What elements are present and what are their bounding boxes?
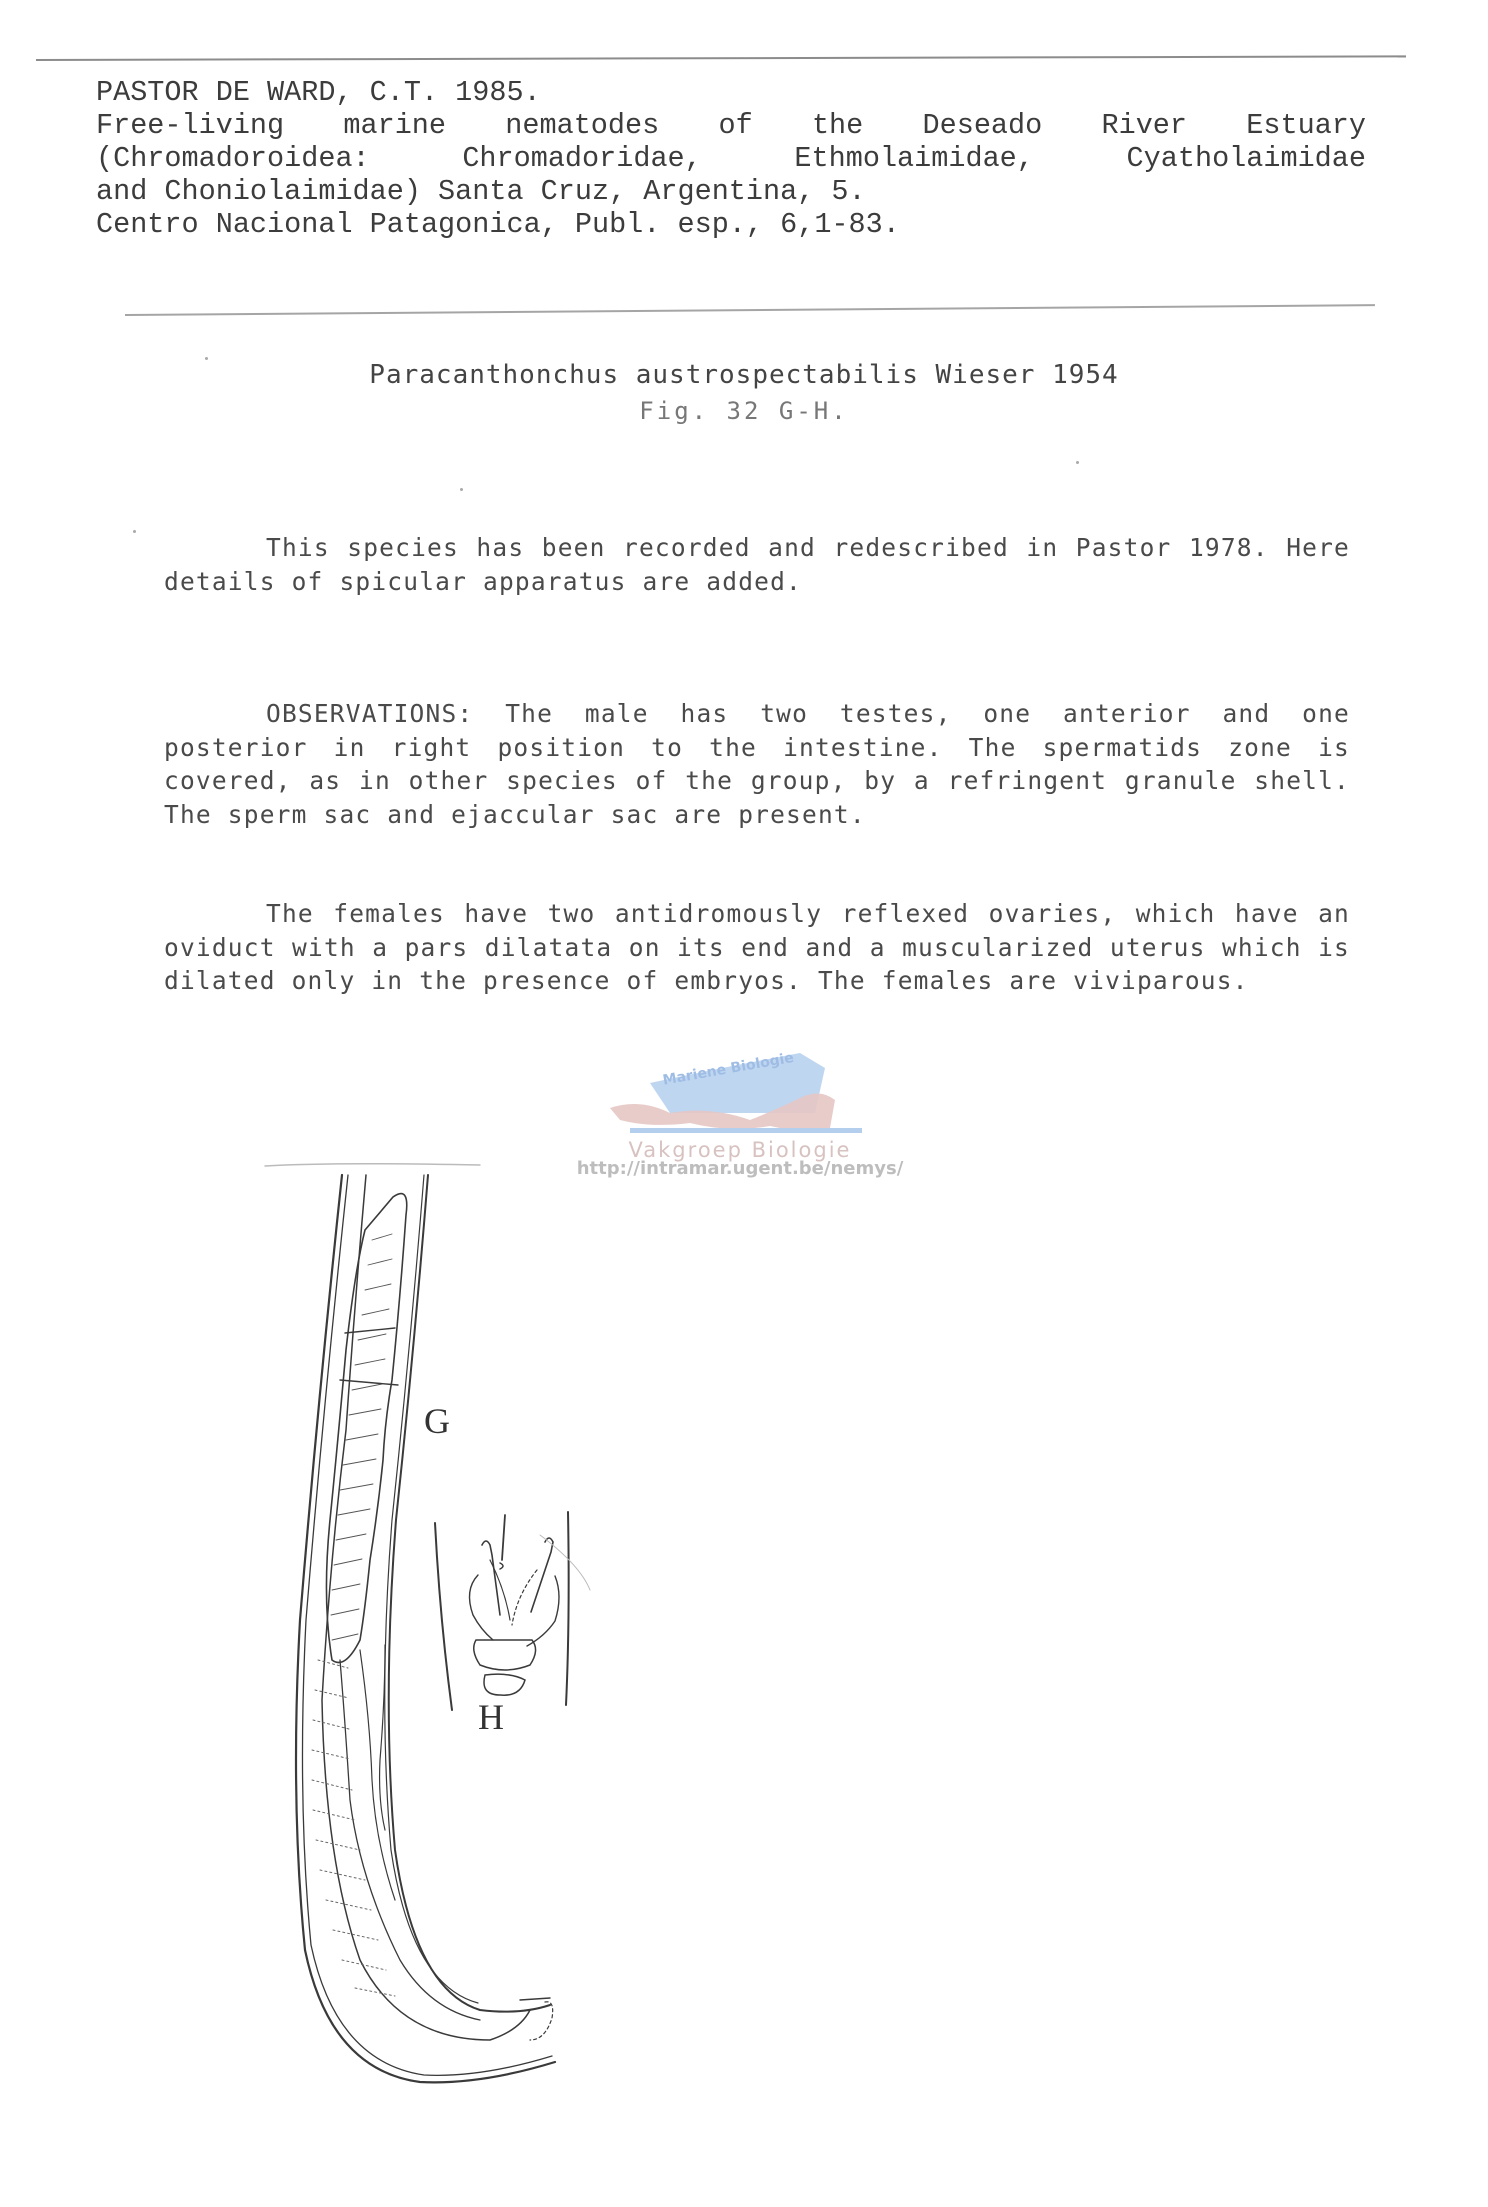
scan-speck <box>1076 461 1079 464</box>
females-text: The females have two antidromously refle… <box>164 899 1350 995</box>
section-divider <box>125 304 1375 316</box>
figure-reference: Fig. 32 G-H. <box>0 397 1488 425</box>
scan-speck <box>460 488 463 491</box>
reference-title-line-3: and Choniolaimidae) Santa Cruz, Argentin… <box>96 175 1366 208</box>
females-paragraph: The females have two antidromously refle… <box>164 897 1350 998</box>
reference-title-line-1: Free-living marine nematodes of the Dese… <box>96 109 1366 142</box>
observations-label: OBSERVATIONS: <box>266 699 473 728</box>
figure-label-g: G <box>424 1400 450 1442</box>
scan-speck <box>205 357 208 360</box>
nematode-illustration <box>250 1150 700 2160</box>
document-page: PASTOR DE WARD, C.T. 1985. Free-living m… <box>0 0 1488 2207</box>
top-divider <box>36 55 1406 61</box>
reference-author: PASTOR DE WARD, C.T. 1985. <box>96 76 1366 109</box>
figure-label-h: H <box>478 1696 504 1738</box>
species-heading: Paracanthonchus austrospectabilis Wieser… <box>0 360 1488 390</box>
bibliographic-reference: PASTOR DE WARD, C.T. 1985. Free-living m… <box>96 76 1366 241</box>
scan-speck <box>133 530 136 533</box>
intro-text: This species has been recorded and redes… <box>164 533 1350 596</box>
reference-title-line-2: (Chromadoroidea: Chromadoridae, Ethmolai… <box>96 142 1366 175</box>
intro-paragraph: This species has been recorded and redes… <box>164 531 1350 598</box>
reference-journal-line: Centro Nacional Patagonica, Publ. esp., … <box>96 208 1366 241</box>
observations-paragraph: OBSERVATIONS: The male has two testes, o… <box>164 697 1350 831</box>
